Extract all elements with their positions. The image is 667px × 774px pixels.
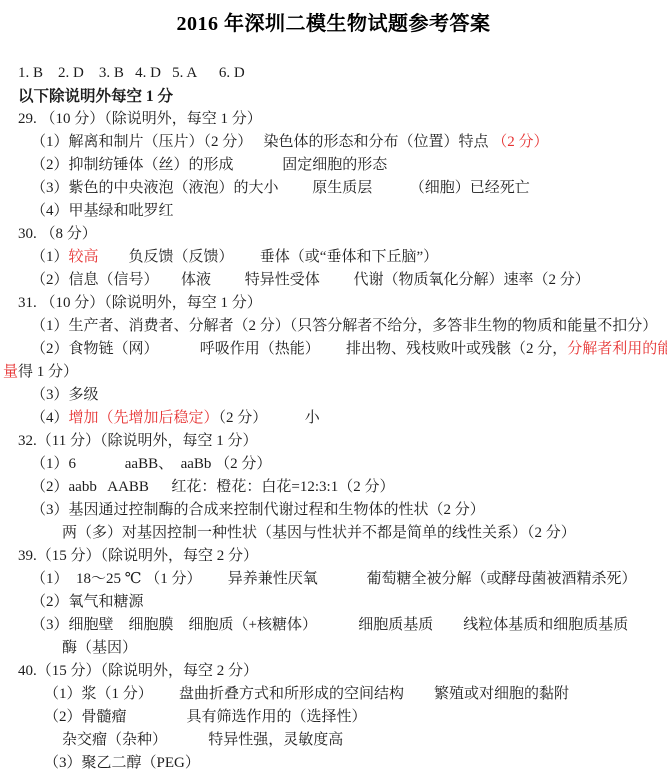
q39-header: 39.（15 分）（除说明外，每空 2 分）	[0, 545, 667, 568]
q39-item-1: （1） 18～25 ℃ （1 分） 异养兼性厌氧 葡萄糖全被分解（或酵母菌被酒精…	[0, 568, 667, 591]
text-segment: （4）	[31, 410, 69, 426]
q30-header: 30. （8 分）	[0, 223, 667, 246]
text-segment: （2）食物链（网） 呼吸作用（热能） 排出物、残枝败叶或残骸（2 分，	[31, 341, 567, 357]
choice-answers: 1. B 2. D 3. B 4. D 5. A 6. D	[0, 62, 667, 85]
text-segment: （2 分） 小	[219, 410, 320, 426]
text-segment: （4）甲基绿和吡罗红	[31, 203, 174, 219]
q29-header: 29. （10 分）（除说明外，每空 1 分）	[0, 108, 667, 131]
red-text-segment: （2 分）	[492, 134, 548, 150]
text-segment: 杂交瘤（杂种） 特异性强，灵敏度高	[62, 732, 343, 748]
q30-item-1: （1）较高 负反馈（反馈） 垂体（或“垂体和下丘脑”）	[0, 246, 667, 269]
text-segment: （3）紫色的中央液泡（液泡）的大小 原生质层 （细胞）已经死亡	[31, 180, 530, 196]
text-segment: （1）生产者、消费者、分解者（2 分）（只答分解者不给分，多答非生物的物质和能量…	[31, 318, 657, 334]
text-segment: （2）抑制纺锤体（丝）的形成 固定细胞的形态	[31, 157, 387, 173]
q40-item-1: （1）浆（1 分） 盘曲折叠方式和所形成的空间结构 繁殖或对细胞的黏附	[0, 683, 667, 706]
document-body: 1. B 2. D 3. B 4. D 5. A 6. D以下除说明外每空 1 …	[0, 62, 667, 774]
q40-item-2-continuation: 杂交瘤（杂种） 特异性强，灵敏度高	[0, 729, 667, 752]
text-segment: （1）6 aaBB、 aaBb （2 分）	[31, 456, 271, 472]
text-segment: 31. （10 分）（除说明外，每空 1 分）	[18, 295, 262, 311]
q40-item-3: （3）聚乙二醇（PEG）	[0, 752, 667, 774]
q39-item-3: （3）细胞壁 细胞膜 细胞质（+核糖体） 细胞质基质 线粒体基质和细胞质基质	[0, 614, 667, 637]
text-segment: 40.（15 分）（除说明外，每空 2 分）	[18, 663, 258, 679]
red-text-segment: 量	[3, 364, 18, 380]
red-text-segment: 较高	[69, 249, 99, 265]
q32-header: 32.（11 分）（除说明外，每空 1 分）	[0, 430, 667, 453]
q29-item-2: （2）抑制纺锤体（丝）的形成 固定细胞的形态	[0, 154, 667, 177]
text-segment: 32.（11 分）（除说明外，每空 1 分）	[18, 433, 257, 449]
q32-item-3-continuation: 两（多）对基因控制一种性状（基因与性状并不都是简单的线性关系）（2 分）	[0, 522, 667, 545]
q31-item-2: （2）食物链（网） 呼吸作用（热能） 排出物、残枝败叶或残骸（2 分，分解者利用…	[0, 338, 667, 361]
text-segment: 酶（基因）	[62, 640, 137, 656]
q29-item-3: （3）紫色的中央液泡（液泡）的大小 原生质层 （细胞）已经死亡	[0, 177, 667, 200]
q31-item-1: （1）生产者、消费者、分解者（2 分）（只答分解者不给分，多答非生物的物质和能量…	[0, 315, 667, 338]
text-segment: 29. （10 分）（除说明外，每空 1 分）	[18, 111, 262, 127]
text-segment: （1）	[31, 249, 69, 265]
q31-item-3: （3）多级	[0, 384, 667, 407]
q29-item-1: （1）解离和制片（压片）（2 分） 染色体的形态和分布（位置）特点 （2 分）	[0, 131, 667, 154]
q39-item-2: （2）氧气和糖源	[0, 591, 667, 614]
text-segment: （2）aabb AABB 红花：橙花：白花=12:3:1（2 分）	[31, 479, 394, 495]
text-segment: 30. （8 分）	[18, 226, 97, 242]
answer-sheet-page: 2016 年深圳二模生物试题参考答案 1. B 2. D 3. B 4. D 5…	[0, 0, 667, 774]
text-segment: 以下除说明外每空 1 分	[18, 88, 173, 105]
q31-header: 31. （10 分）（除说明外，每空 1 分）	[0, 292, 667, 315]
red-text-segment: 增加（先增加后稳定）	[69, 410, 219, 426]
text-segment: （2）骨髓瘤 具有筛选作用的（选择性）	[44, 709, 367, 725]
red-text-segment: 分解者利用的能	[567, 341, 667, 357]
q31-item-2-continuation: 量得 1 分）	[0, 361, 667, 384]
text-segment: （2）氧气和糖源	[31, 594, 144, 610]
text-segment: 两（多）对基因控制一种性状（基因与性状并不都是简单的线性关系）（2 分）	[62, 525, 576, 541]
text-segment: （3）多级	[31, 387, 99, 403]
q29-item-4: （4）甲基绿和吡罗红	[0, 200, 667, 223]
text-segment: 负反馈（反馈） 垂体（或“垂体和下丘脑”）	[99, 249, 439, 265]
q40-item-2: （2）骨髓瘤 具有筛选作用的（选择性）	[0, 706, 667, 729]
text-segment: 39.（15 分）（除说明外，每空 2 分）	[18, 548, 258, 564]
text-segment: （1）解离和制片（压片）（2 分） 染色体的形态和分布（位置）特点	[31, 134, 492, 150]
text-segment: （3）聚乙二醇（PEG）	[44, 755, 200, 771]
q30-item-2: （2）信息（信号） 体液 特异性受体 代谢（物质氧化分解）速率（2 分）	[0, 269, 667, 292]
q32-item-3: （3）基因通过控制酶的合成来控制代谢过程和生物体的性状（2 分）	[0, 499, 667, 522]
text-segment: （3）基因通过控制酶的合成来控制代谢过程和生物体的性状（2 分）	[31, 502, 485, 518]
text-segment: （3）细胞壁 细胞膜 细胞质（+核糖体） 细胞质基质 线粒体基质和细胞质基质	[31, 617, 628, 633]
text-segment: （1） 18～25 ℃ （1 分） 异养兼性厌氧 葡萄糖全被分解（或酵母菌被酒精…	[31, 571, 637, 587]
text-segment: （1）浆（1 分） 盘曲折叠方式和所形成的空间结构 繁殖或对细胞的黏附	[44, 686, 569, 702]
q32-item-2: （2）aabb AABB 红花：橙花：白花=12:3:1（2 分）	[0, 476, 667, 499]
text-segment: 1. B 2. D 3. B 4. D 5. A 6. D	[18, 65, 245, 81]
q32-item-1: （1）6 aaBB、 aaBb （2 分）	[0, 453, 667, 476]
text-segment: 得 1 分）	[18, 364, 78, 380]
text-segment: （2）信息（信号） 体液 特异性受体 代谢（物质氧化分解）速率（2 分）	[31, 272, 590, 288]
page-title: 2016 年深圳二模生物试题参考答案	[0, 0, 667, 37]
q39-item-3-continuation: 酶（基因）	[0, 637, 667, 660]
scoring-note: 以下除说明外每空 1 分	[0, 85, 667, 108]
q40-header: 40.（15 分）（除说明外，每空 2 分）	[0, 660, 667, 683]
q31-item-4: （4）增加（先增加后稳定）（2 分） 小	[0, 407, 667, 430]
